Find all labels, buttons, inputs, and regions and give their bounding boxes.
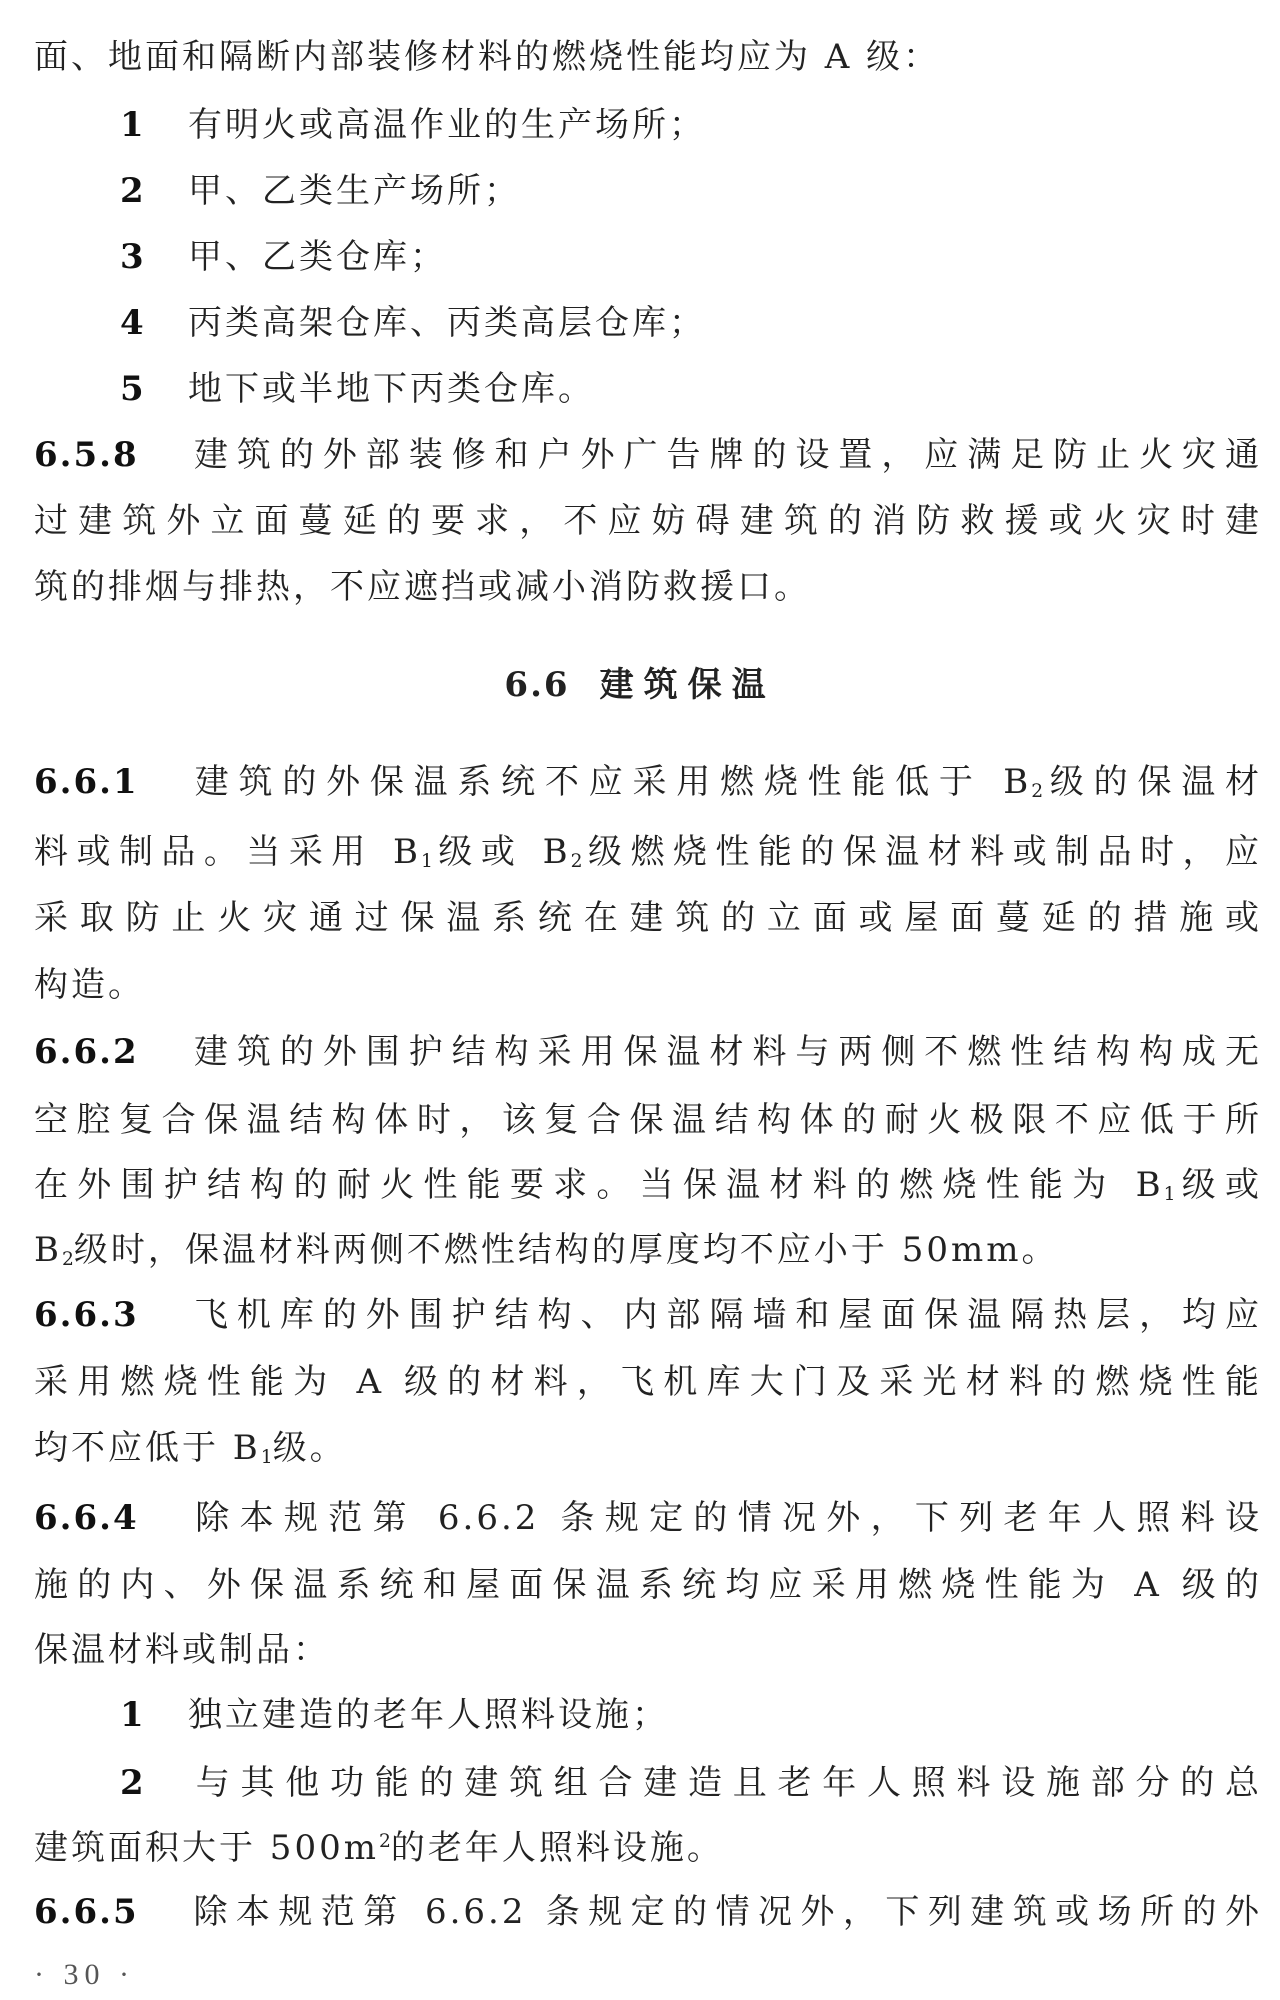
clause-line: 构造。 <box>34 961 1262 1009</box>
document-page: 面、地面和隔断内部装修材料的燃烧性能均应为 A 级： 1有明火或高温作业的生产场… <box>0 0 1280 2000</box>
clause-text: 采用燃烧性能为 A 级的材料，飞机库大门及采光材料的燃烧性能 <box>34 1362 1262 1402</box>
clause-line: 施的内、外保温系统和屋面保温系统均应采用燃烧性能为 A 级的 <box>34 1561 1262 1609</box>
item-text: 与其他功能的建筑组合建造且老年人照料设施部分的总 <box>188 1763 1262 1803</box>
clause-line: 筑的排烟与排热，不应遮挡或减小消防救援口。 <box>34 563 1262 611</box>
clause-text: 构造。 <box>34 965 145 1005</box>
clause-line: 空腔复合保温结构体时，该复合保温结构体的耐火极限不应低于所 <box>34 1096 1262 1144</box>
item-text: 独立建造的老年人照料设施； <box>188 1695 669 1735</box>
item-text: 有明火或高温作业的生产场所； <box>188 105 706 145</box>
item-text: 甲、乙类仓库； <box>188 237 447 277</box>
clause-line: 采用燃烧性能为 A 级的材料，飞机库大门及采光材料的燃烧性能 <box>34 1358 1262 1406</box>
clause-6-6-4: 6.6.4除本规范第 6.6.2 条规定的情况外，下列老年人照料设 <box>34 1494 1262 1542</box>
subscript: 2 <box>1031 781 1043 802</box>
subscript: 1 <box>261 1447 273 1468</box>
superscript: 2 <box>379 1831 391 1852</box>
clause-line: 保温材料或制品： <box>34 1626 1262 1674</box>
item-number: 3 <box>120 233 188 281</box>
clause-text: 级的保温材 <box>1043 762 1262 802</box>
item-number: 1 <box>120 1691 188 1739</box>
clause-text: 施的内、外保温系统和屋面保温系统均应采用燃烧性能为 A 级的 <box>34 1565 1262 1605</box>
clause-text: B <box>34 1230 62 1270</box>
subscript: 2 <box>62 1249 74 1270</box>
clause-text: 建筑的外围护结构采用保温材料与两侧不燃性结构构成无 <box>188 1032 1262 1072</box>
clause-text: 建筑的外保温系统不应采用燃烧性能低于 B <box>188 762 1031 802</box>
item-number: 4 <box>120 299 188 347</box>
list-item: 2与其他功能的建筑组合建造且老年人照料设施部分的总 <box>120 1759 1262 1807</box>
clause-text: 均不应低于 B <box>34 1428 261 1468</box>
item-text: 的老年人照料设施。 <box>391 1828 724 1868</box>
clause-line: B2级时，保温材料两侧不燃性结构的厚度均不应小于 50mm。 <box>34 1226 1262 1274</box>
list-item: 1有明火或高温作业的生产场所； <box>120 101 1262 149</box>
list-item: 3甲、乙类仓库； <box>120 233 1262 281</box>
list-item: 2甲、乙类生产场所； <box>120 167 1262 215</box>
clause-text: 采取防止火灾通过保温系统在建筑的立面或屋面蔓延的措施或 <box>34 898 1262 938</box>
clause-text: 在外围护结构的耐火性能要求。当保温材料的燃烧性能为 B <box>34 1165 1164 1205</box>
clause-text: 过建筑外立面蔓延的要求，不应妨碍建筑的消防救援或火灾时建 <box>34 501 1262 541</box>
clause-number: 6.6.1 <box>34 758 188 806</box>
clause-line: 过建筑外立面蔓延的要求，不应妨碍建筑的消防救援或火灾时建 <box>34 497 1262 545</box>
clause-line: 均不应低于 B1级。 <box>34 1424 1262 1472</box>
item-number: 2 <box>120 1759 188 1807</box>
item-text: 建筑面积大于 500m <box>34 1828 379 1868</box>
clause-text: 空腔复合保温结构体时，该复合保温结构体的耐火极限不应低于所 <box>34 1100 1262 1140</box>
section-number: 6.6 <box>504 665 569 705</box>
item-number: 1 <box>120 101 188 149</box>
clause-6-5-8: 6.5.8建筑的外部装修和户外广告牌的设置，应满足防止火灾通 <box>34 431 1262 479</box>
clause-number: 6.6.2 <box>34 1028 188 1076</box>
subscript: 1 <box>421 851 433 872</box>
clause-text: 级时，保温材料两侧不燃性结构的厚度均不应小于 50mm。 <box>74 1230 1059 1270</box>
clause-6-6-2: 6.6.2建筑的外围护结构采用保温材料与两侧不燃性结构构成无 <box>34 1028 1262 1076</box>
clause-number: 6.6.4 <box>34 1494 188 1542</box>
item-text: 甲、乙类生产场所； <box>188 171 521 211</box>
page-number: · 30 · <box>34 1955 135 1995</box>
clause-text: 级燃烧性能的保温材料或制品时，应 <box>583 832 1263 872</box>
clause-text: 建筑的外部装修和户外广告牌的设置，应满足防止火灾通 <box>188 435 1262 475</box>
clause-line: 采取防止火灾通过保温系统在建筑的立面或屋面蔓延的措施或 <box>34 894 1262 942</box>
list-item: 1独立建造的老年人照料设施； <box>120 1691 1262 1739</box>
item-text: 地下或半地下丙类仓库。 <box>188 369 595 409</box>
clause-text: 级或 <box>1175 1165 1262 1205</box>
clause-6-6-3: 6.6.3飞机库的外围护结构、内部隔墙和屋面保温隔热层，均应 <box>34 1291 1262 1339</box>
list-item: 4丙类高架仓库、丙类高层仓库； <box>120 299 1262 347</box>
clause-text: 保温材料或制品： <box>34 1630 330 1670</box>
section-title: 建筑保温 <box>600 665 776 705</box>
clause-text: 筑的排烟与排热，不应遮挡或减小消防救援口。 <box>34 567 811 607</box>
item-text: 丙类高架仓库、丙类高层仓库； <box>188 303 706 343</box>
list-item-continuation: 建筑面积大于 500m2的老年人照料设施。 <box>34 1824 1262 1872</box>
clause-number: 6.6.5 <box>34 1888 188 1936</box>
subscript: 2 <box>571 851 583 872</box>
clause-text: 级。 <box>273 1428 347 1468</box>
clause-text: 料或制品。当采用 B <box>34 832 421 872</box>
item-number: 5 <box>120 365 188 413</box>
clause-line: 在外围护结构的耐火性能要求。当保温材料的燃烧性能为 B1级或 <box>34 1161 1262 1209</box>
list-item: 5地下或半地下丙类仓库。 <box>120 365 1262 413</box>
clause-number: 6.5.8 <box>34 431 188 479</box>
clause-number: 6.6.3 <box>34 1291 188 1339</box>
subscript: 1 <box>1164 1184 1176 1205</box>
clause-6-6-1: 6.6.1建筑的外保温系统不应采用燃烧性能低于 B2级的保温材 <box>34 758 1262 806</box>
clause-text: 除本规范第 6.6.2 条规定的情况外，下列建筑或场所的外 <box>188 1892 1262 1932</box>
clause-line: 料或制品。当采用 B1级或 B2级燃烧性能的保温材料或制品时，应 <box>34 828 1262 876</box>
paragraph-continuation: 面、地面和隔断内部装修材料的燃烧性能均应为 A 级： <box>34 33 1262 81</box>
clause-text: 除本规范第 6.6.2 条规定的情况外，下列老年人照料设 <box>188 1498 1262 1538</box>
paragraph-text: 面、地面和隔断内部装修材料的燃烧性能均应为 A 级： <box>34 37 940 77</box>
item-number: 2 <box>120 167 188 215</box>
clause-text: 级或 B <box>433 832 571 872</box>
clause-text: 飞机库的外围护结构、内部隔墙和屋面保温隔热层，均应 <box>188 1295 1262 1335</box>
section-heading: 6.6建筑保温 <box>0 661 1280 709</box>
clause-6-6-5: 6.6.5除本规范第 6.6.2 条规定的情况外，下列建筑或场所的外 <box>34 1888 1262 1936</box>
